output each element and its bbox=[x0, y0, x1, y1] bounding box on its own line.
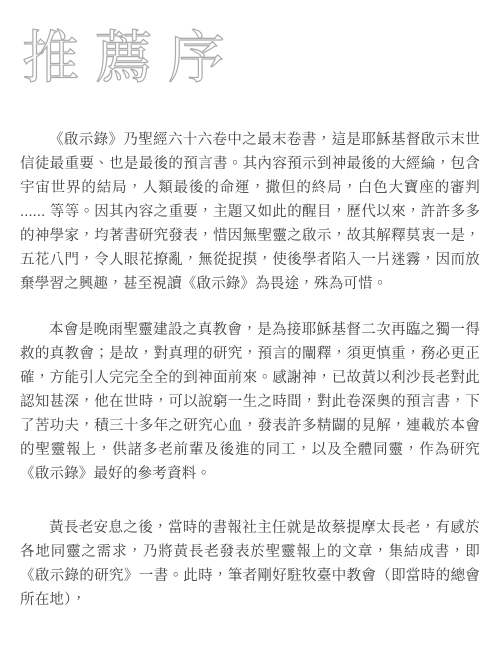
document-body: 《啟示錄》乃聖經六十六卷中之最末卷書，這是耶穌基督啟示末世信徒最重要、也是最後的… bbox=[20, 128, 480, 612]
body-paragraph-3: 黃長老安息之後，當時的書報社主任就是故蔡提摩太長老，有感於各地同靈之需求，乃將黃… bbox=[20, 516, 480, 612]
body-paragraph-2: 本會是晚雨聖靈建設之真教會，是為接耶穌基督二次再臨之獨一得救的真教會；是故，對真… bbox=[20, 318, 480, 486]
document-page: 推薦序 《啟示錄》乃聖經六十六卷中之最末卷書，這是耶穌基督啟示末世信徒最重要、也… bbox=[0, 0, 500, 650]
body-paragraph-1: 《啟示錄》乃聖經六十六卷中之最末卷書，這是耶穌基督啟示末世信徒最重要、也是最後的… bbox=[20, 128, 480, 296]
page-title: 推薦序 bbox=[22, 24, 480, 92]
